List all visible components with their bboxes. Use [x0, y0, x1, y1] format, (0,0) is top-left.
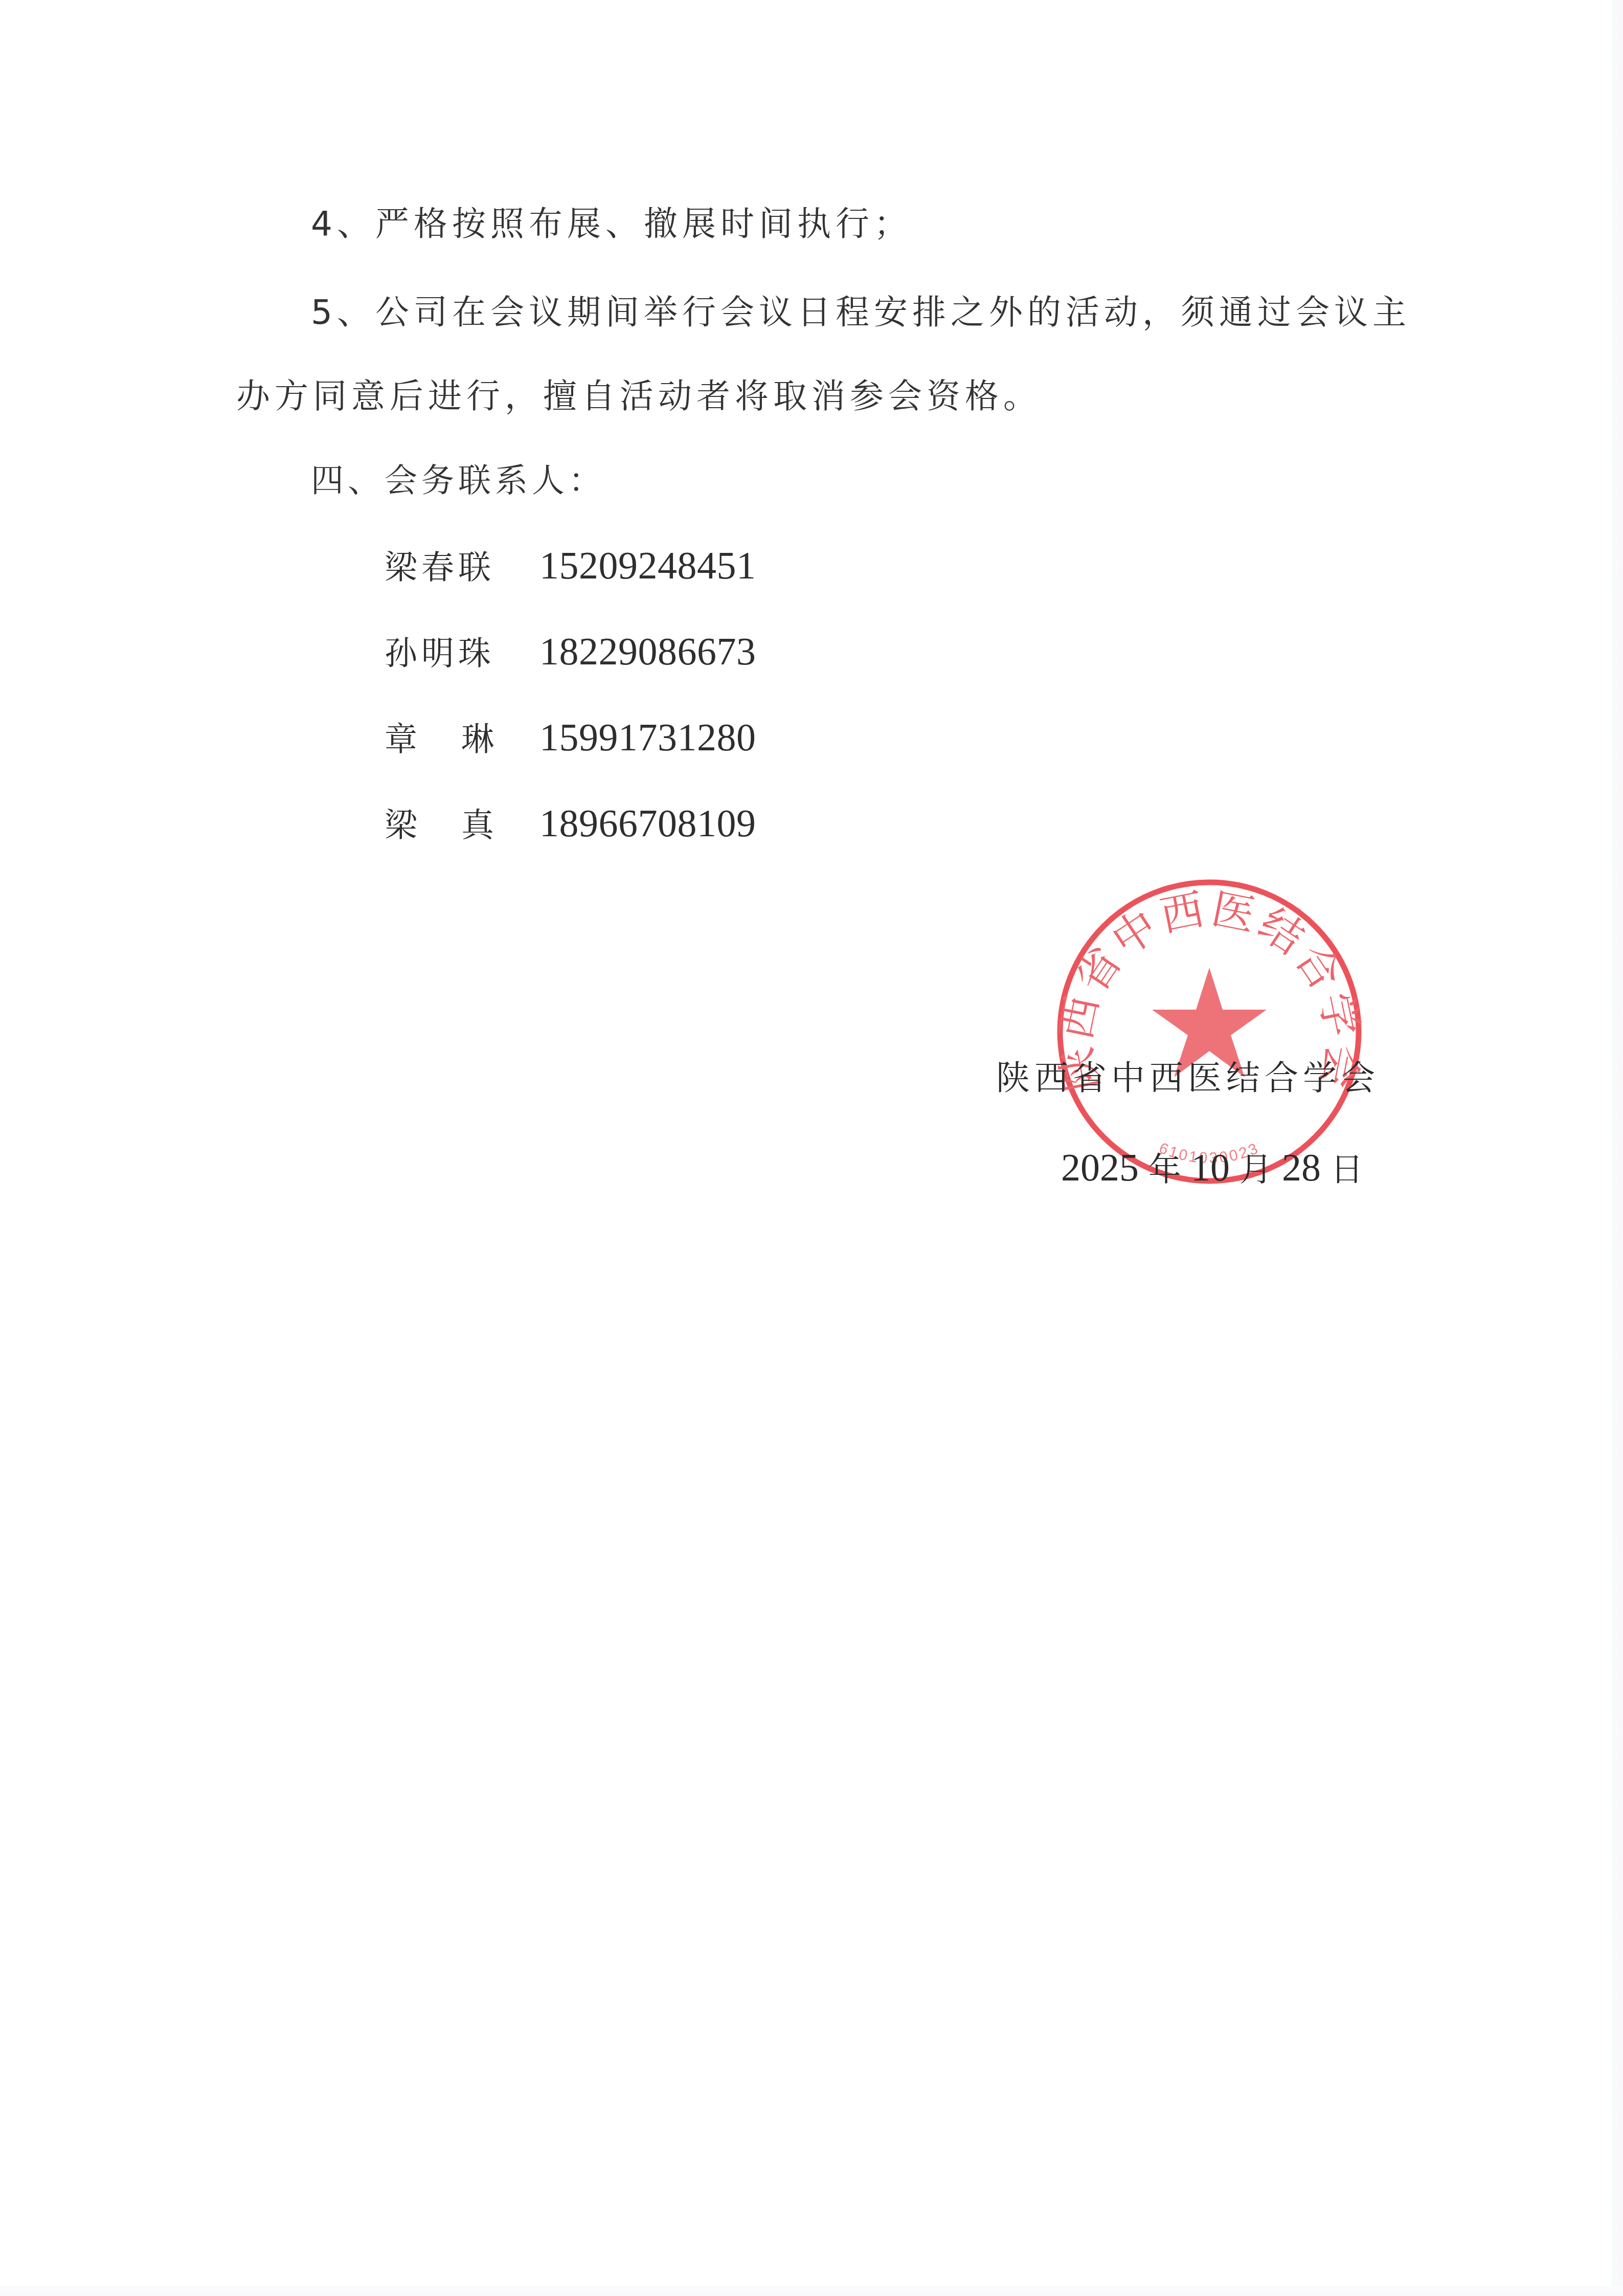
contact-name: 孙明珠 [385, 637, 539, 670]
contact-phone: 18229086673 [539, 630, 756, 673]
signature-date: 2025 年 10 月 28 日 [1061, 1148, 1363, 1187]
date-day: 28 [1282, 1146, 1321, 1189]
paragraph-item-5-line-2: 办方同意后进行，擅自活动者将取消参会资格。 [236, 380, 1042, 413]
contact-row: 章琳15991731280 [385, 718, 756, 757]
scan-edge-right [1612, 0, 1623, 2296]
contact-name-char: 章 [385, 723, 461, 756]
official-seal-icon: 陕西省中西医结合学会 6101030023 [1053, 876, 1365, 1188]
contact-phone: 15991731280 [539, 716, 756, 759]
contact-row: 孙明珠18229086673 [385, 632, 756, 671]
scan-edge-bottom [0, 2286, 1623, 2296]
date-month: 10 [1191, 1146, 1230, 1189]
contact-row: 梁真18966708109 [385, 804, 756, 843]
contact-name: 章琳 [385, 723, 539, 756]
contact-phone: 15209248451 [539, 544, 756, 587]
contact-name-char: 真 [461, 809, 494, 842]
contact-row: 梁春联15209248451 [385, 546, 756, 585]
date-year: 2025 [1061, 1146, 1139, 1189]
date-day-unit: 日 [1331, 1151, 1363, 1189]
contact-name-char: 琳 [461, 723, 494, 756]
date-year-unit: 年 [1148, 1151, 1181, 1189]
paragraph-item-5-line-1: 5、公司在会议期间举行会议日程安排之外的活动，须通过会议主 [311, 296, 1411, 329]
document-page: 4、严格按照布展、撤展时间执行； 5、公司在会议期间举行会议日程安排之外的活动，… [0, 0, 1616, 2286]
paragraph-item-4: 4、严格按照布展、撤展时间执行； [311, 207, 912, 241]
section-heading-contacts: 四、会务联系人： [311, 464, 605, 497]
contact-phone: 18966708109 [539, 802, 756, 845]
date-month-unit: 月 [1239, 1151, 1272, 1189]
contact-name-char: 梁 [385, 809, 461, 842]
signature-organization: 陕西省中西医结合学会 [996, 1061, 1380, 1095]
contact-name: 梁春联 [385, 551, 539, 584]
contact-name: 梁真 [385, 809, 539, 842]
